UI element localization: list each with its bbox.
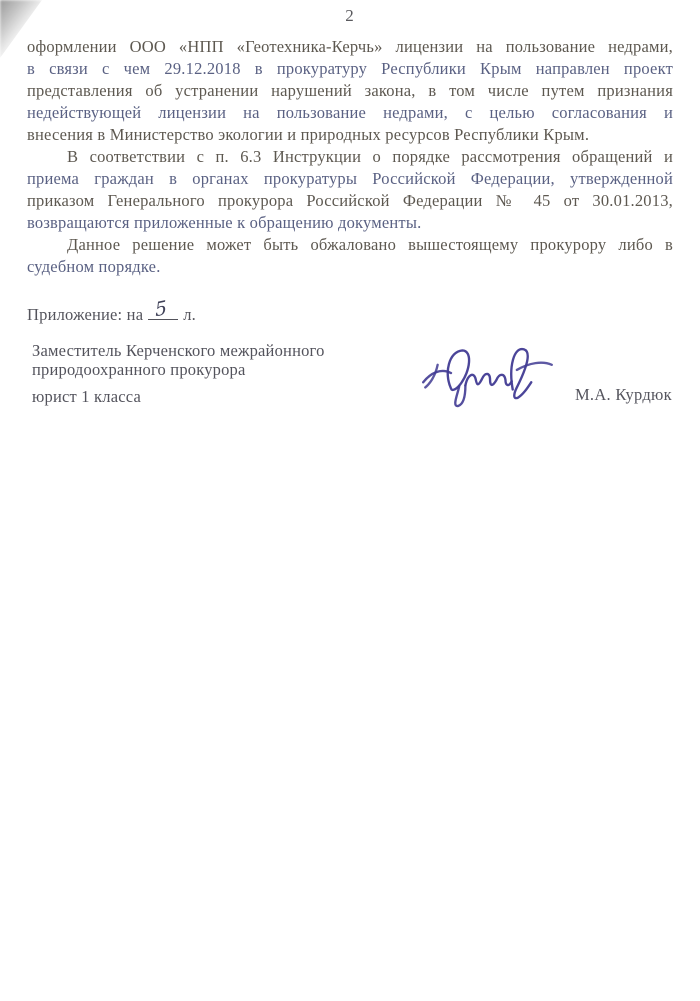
signer-position-line2: природоохранного прокурора xyxy=(32,360,325,379)
text-line: возвращаются приложенные к обращению док… xyxy=(27,212,673,234)
text-line: внесения в Министерство экологии и приро… xyxy=(27,124,673,146)
attachment-blank-underline: 5 xyxy=(148,302,178,320)
paragraph: Данное решение может быть обжаловано выш… xyxy=(27,234,673,278)
text-line: недействующей лицензии на пользование не… xyxy=(27,102,673,124)
attachment-line: Приложение: на5л. xyxy=(27,302,673,326)
text-line: Данное решение может быть обжаловано выш… xyxy=(27,234,673,256)
text-line: оформлении ООО «НПП «Геотехника-Керчь» л… xyxy=(27,36,673,58)
text-line: приема граждан в органах прокуратуры Рос… xyxy=(27,168,673,190)
text-line: В соответствии с п. 6.3 Инструкции о пор… xyxy=(27,146,673,168)
attachment-prefix: Приложение: на xyxy=(27,305,143,324)
text-line: приказом Генерального прокурора Российск… xyxy=(27,190,673,212)
attachment-suffix: л. xyxy=(183,305,196,324)
handwritten-signature-icon xyxy=(417,336,557,408)
text-line: судебном порядке. xyxy=(27,256,673,278)
page-number: 2 xyxy=(0,6,700,26)
text-line: в связи с чем 29.12.2018 в прокуратуру Р… xyxy=(27,58,673,80)
signer-position: Заместитель Керченского межрайонного при… xyxy=(32,341,325,379)
signer-position-line1: Заместитель Керченского межрайонного xyxy=(32,341,325,360)
signer-name: М.А. Курдюк xyxy=(575,385,672,405)
document-body: оформлении ООО «НПП «Геотехника-Керчь» л… xyxy=(27,36,673,326)
paragraph: В соответствии с п. 6.3 Инструкции о пор… xyxy=(27,146,673,234)
signer-rank: юрист 1 класса xyxy=(32,387,141,407)
text-line: представления об устранении нарушений за… xyxy=(27,80,673,102)
paragraph: оформлении ООО «НПП «Геотехника-Керчь» л… xyxy=(27,36,673,146)
attachment-sheet-count-handwritten: 5 xyxy=(155,299,168,321)
